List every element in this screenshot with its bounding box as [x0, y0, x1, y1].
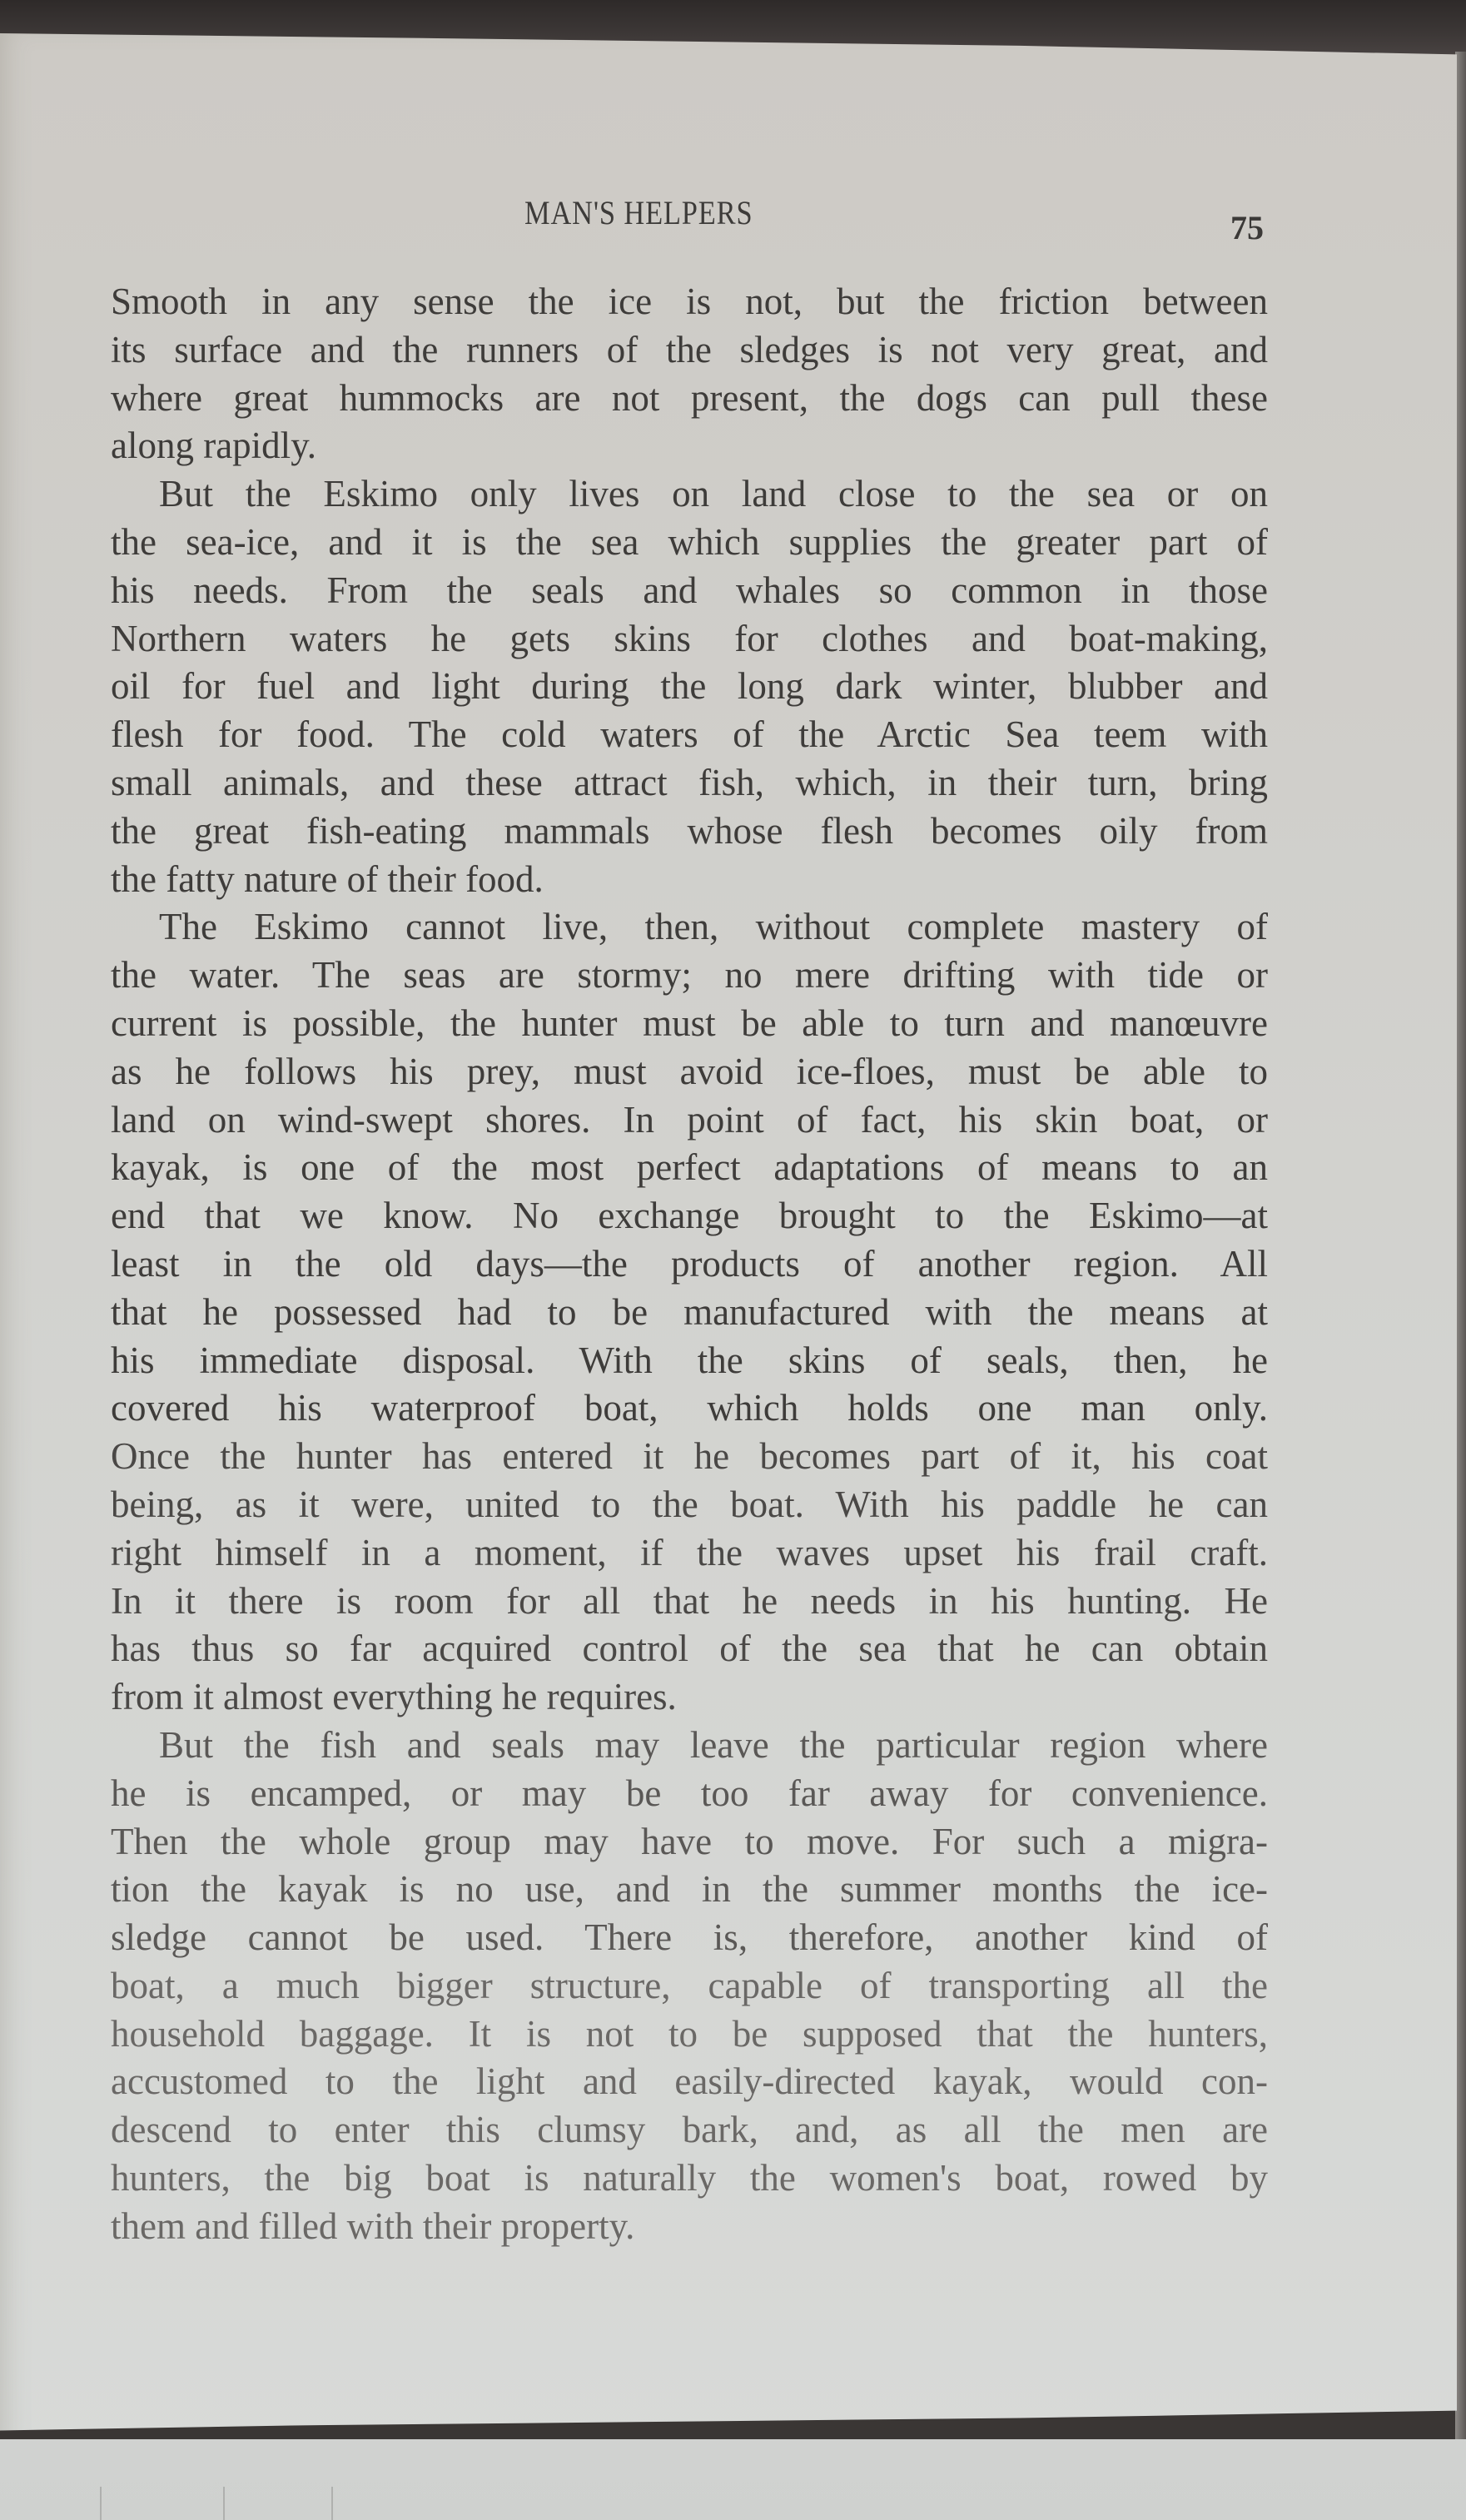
- text-line: small animals, and these attract fish, w…: [111, 759, 1268, 808]
- text-line: his immediate disposal. With the skins o…: [111, 1337, 1268, 1385]
- underlying-pages: [0, 2439, 1466, 2520]
- text-line: current is possible, the hunter must be …: [111, 1000, 1268, 1048]
- page-edge-mark: [331, 2487, 333, 2520]
- text-line: where great hummocks are not present, th…: [111, 375, 1268, 423]
- text-line: household baggage. It is not to be suppo…: [111, 2011, 1268, 2059]
- body-text: Smooth in any sense the ice is not, but …: [111, 278, 1268, 2251]
- page-number: 75: [1230, 208, 1264, 247]
- text-line: kayak, is one of the most perfect adapta…: [111, 1144, 1268, 1192]
- text-line: But the fish and seals may leave the par…: [111, 1722, 1268, 1770]
- text-line: descend to enter this clumsy bark, and, …: [111, 2106, 1268, 2155]
- text-line: Once the hunter has entered it he become…: [111, 1433, 1268, 1481]
- text-line: least in the old days—the products of an…: [111, 1240, 1268, 1289]
- page-edge-mark: [100, 2487, 102, 2520]
- text-line: covered his waterproof boat, which holds…: [111, 1384, 1268, 1433]
- text-line: as he follows his prey, must avoid ice-f…: [111, 1048, 1268, 1096]
- text-line: that he possessed had to be manufactured…: [111, 1289, 1268, 1337]
- text-line: from it almost everything he requires.: [111, 1673, 1268, 1722]
- text-line: the great fish-eating mammals whose fles…: [111, 808, 1268, 856]
- text-line: Northern waters he gets skins for clothe…: [111, 615, 1268, 664]
- text-line: Smooth in any sense the ice is not, but …: [111, 278, 1268, 326]
- text-line: he is encamped, or may be too far away f…: [111, 1770, 1268, 1818]
- text-line: sledge cannot be used. There is, therefo…: [111, 1914, 1268, 1962]
- text-line: being, as it were, united to the boat. W…: [111, 1481, 1268, 1529]
- text-line: the sea-ice, and it is the sea which sup…: [111, 519, 1268, 567]
- text-line: accustomed to the light and easily-direc…: [111, 2058, 1268, 2106]
- text-line: his needs. From the seals and whales so …: [111, 567, 1268, 615]
- text-line: has thus so far acquired control of the …: [111, 1625, 1268, 1673]
- text-line: its surface and the runners of the sledg…: [111, 326, 1268, 375]
- text-line: the water. The seas are stormy; no mere …: [111, 952, 1268, 1000]
- text-line: the fatty nature of their food.: [111, 856, 1268, 904]
- text-line: Then the whole group may have to move. F…: [111, 1818, 1268, 1866]
- text-line: boat, a much bigger structure, capable o…: [111, 1962, 1268, 2011]
- text-line: The Eskimo cannot live, then, without co…: [111, 903, 1268, 952]
- text-line: along rapidly.: [111, 422, 1268, 470]
- text-line: hunters, the big boat is naturally the w…: [111, 2155, 1268, 2203]
- page-edge-mark: [223, 2487, 225, 2520]
- text-line: But the Eskimo only lives on land close …: [111, 470, 1268, 519]
- text-line: them and filled with their property.: [111, 2203, 1268, 2251]
- text-line: tion the kayak is no use, and in the sum…: [111, 1866, 1268, 1914]
- running-head: MAN'S HELPERS: [524, 193, 753, 232]
- text-line: land on wind-swept shores. In point of f…: [111, 1096, 1268, 1145]
- text-line: right himself in a moment, if the waves …: [111, 1529, 1268, 1578]
- text-line: oil for fuel and light during the long d…: [111, 663, 1268, 711]
- text-line: flesh for food. The cold waters of the A…: [111, 711, 1268, 759]
- text-line: In it there is room for all that he need…: [111, 1578, 1268, 1626]
- text-line: end that we know. No exchange brought to…: [111, 1192, 1268, 1240]
